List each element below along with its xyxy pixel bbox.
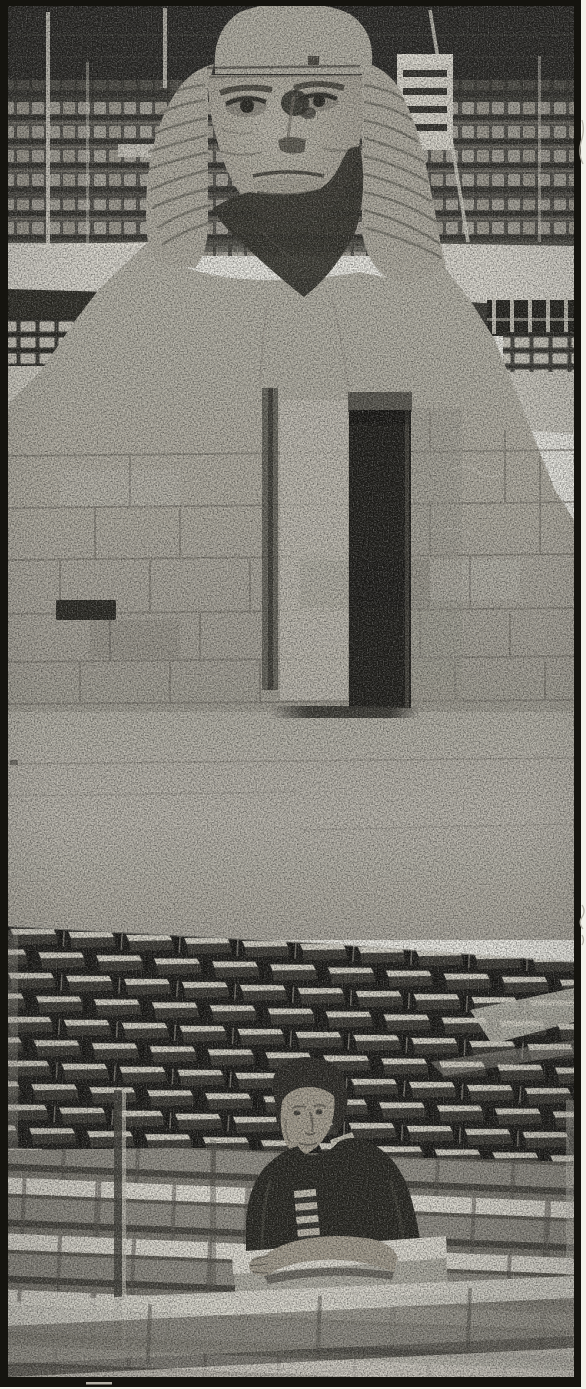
photo-content <box>8 3 574 1377</box>
halftone-grain <box>8 6 574 1377</box>
photograph: Large sphinx statue with a stone-block p… <box>0 0 586 1389</box>
photo-canvas: Large sphinx statue with a stone-block p… <box>0 0 586 1389</box>
